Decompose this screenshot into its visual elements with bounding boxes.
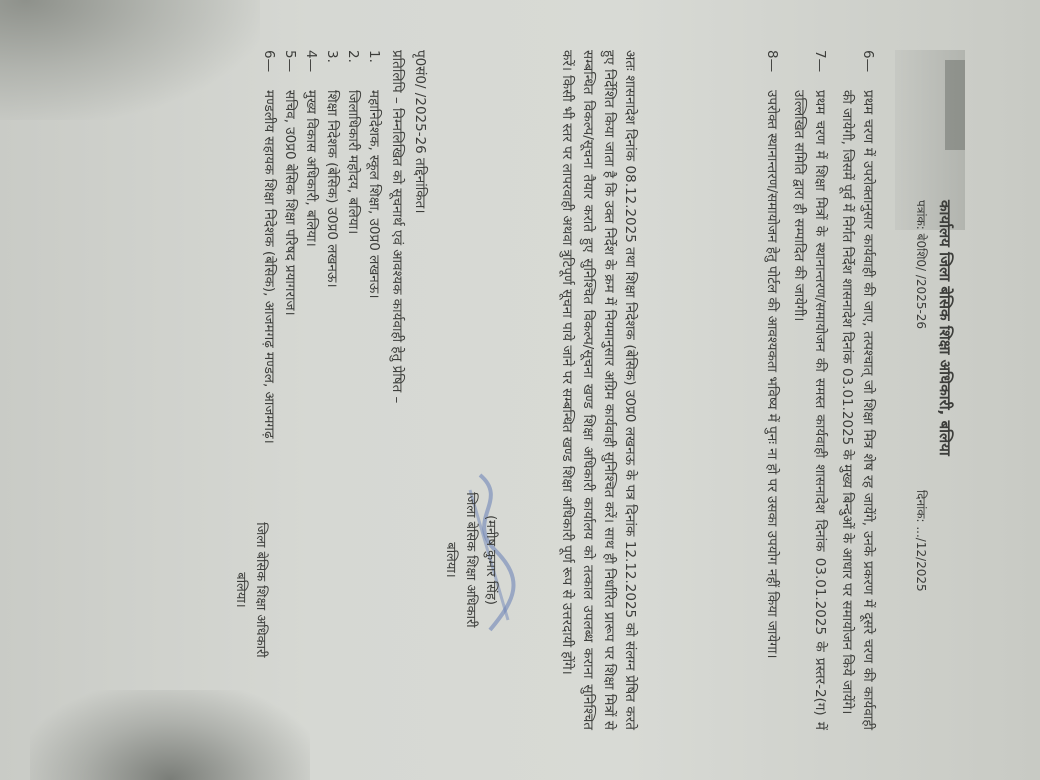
recipient-text: जिलाधिकारी महोदय, बलिया।: [342, 90, 363, 234]
letter-date: दिनांक: .../12/2025: [910, 490, 931, 592]
copy-recipient: 5— सचिव, उ0प्र0 बेसिक शिक्षा परिषद प्रया…: [279, 50, 300, 730]
recipient-text: सचिव, उ0प्र0 बेसिक शिक्षा परिषद प्रयागरा…: [279, 90, 300, 316]
signatory-title: जिला बेसिक शिक्षा अधिकारी: [250, 480, 270, 700]
copy-reference: पृ0सं0/ /2025-26 तद्दिनांकित।: [409, 50, 430, 730]
recipient-text: मण्डलीय सहायक शिक्षा निदेशक (बेसिक), आजम…: [258, 90, 279, 444]
recipient-number: 5—: [279, 50, 300, 90]
signatory-title: जिला बेसिक शिक्षा अधिकारी: [460, 430, 480, 690]
recipient-number: 1.: [363, 50, 384, 90]
point-item: 8— उपरोक्त स्थानान्तरण/समायोजन हेतु पोर्…: [761, 50, 782, 730]
copy-distribution: पृ0सं0/ /2025-26 तद्दिनांकित। प्रतिलिपि …: [258, 50, 430, 730]
letter-page: कार्यालय जिला बेसिक शिक्षा अधिकारी, बलिय…: [70, 10, 970, 770]
copy-recipient: 3. शिक्षा निदेशक (बेसिक) उ0प्र0 लखनऊ।: [321, 50, 342, 730]
point-number: 6—: [836, 50, 878, 90]
point-number: 7—: [788, 50, 830, 90]
stamp-mark: [945, 60, 965, 150]
point-item: 6— प्रथम चरण में उपरोक्तानुसार कार्यवाही…: [836, 50, 878, 730]
recipient-text: महानिदेशक, स्कूल शिक्षा, उ0प्र0 लखनऊ।: [363, 90, 384, 298]
copy-intro: प्रतिलिपि – निम्नलिखित को सूचनार्थ एवं आ…: [386, 50, 407, 730]
document-photo: कार्यालय जिला बेसिक शिक्षा अधिकारी, बलिय…: [0, 0, 1040, 780]
point-number: 8—: [761, 50, 782, 90]
copy-recipient: 1. महानिदेशक, स्कूल शिक्षा, उ0प्र0 लखनऊ।: [363, 50, 384, 730]
letter-header: कार्यालय जिला बेसिक शिक्षा अधिकारी, बलिय…: [895, 50, 965, 730]
recipient-number: 6—: [258, 50, 279, 90]
signatory-location: बलिया।: [230, 480, 250, 700]
signature-block-primary: (मनीष कुमार सिंह) जिला बेसिक शिक्षा अधिक…: [440, 430, 500, 690]
recipient-number: 2.: [342, 50, 363, 90]
copy-recipient: 4— मुख्य विकास अधिकारी, बलिया।: [300, 50, 321, 730]
recipient-text: शिक्षा निदेशक (बेसिक) उ0प्र0 लखनऊ।: [321, 90, 342, 288]
signatory-name: (मनीष कुमार सिंह): [480, 430, 500, 690]
recipient-number: 4—: [300, 50, 321, 90]
office-name: कार्यालय जिला बेसिक शिक्षा अधिकारी, बलिय…: [934, 200, 955, 456]
instruction-points: 6— प्रथम चरण में उपरोक्तानुसार कार्यवाही…: [755, 50, 878, 730]
reference-number: पत्रांक: बे0शि0/ /2025-26: [910, 200, 931, 329]
point-item: 7— प्रथम चरण में शिक्षा मित्रों के स्थान…: [788, 50, 830, 730]
copy-recipient: 2. जिलाधिकारी महोदय, बलिया।: [342, 50, 363, 730]
recipient-number: 3.: [321, 50, 342, 90]
signature-block-secondary: जिला बेसिक शिक्षा अधिकारी बलिया।: [230, 480, 270, 700]
point-text: प्रथम चरण में उपरोक्तानुसार कार्यवाही की…: [836, 90, 878, 730]
recipient-text: मुख्य विकास अधिकारी, बलिया।: [300, 90, 321, 247]
conclusion-paragraph: अतः शासनादेश दिनांक 08.12.2025 तथा शिक्ष…: [556, 50, 640, 730]
signatory-location: बलिया।: [440, 430, 460, 690]
point-text: प्रथम चरण में शिक्षा मित्रों के स्थानान्…: [788, 90, 830, 730]
point-text: उपरोक्त स्थानान्तरण/समायोजन हेतु पोर्टल …: [761, 90, 782, 730]
